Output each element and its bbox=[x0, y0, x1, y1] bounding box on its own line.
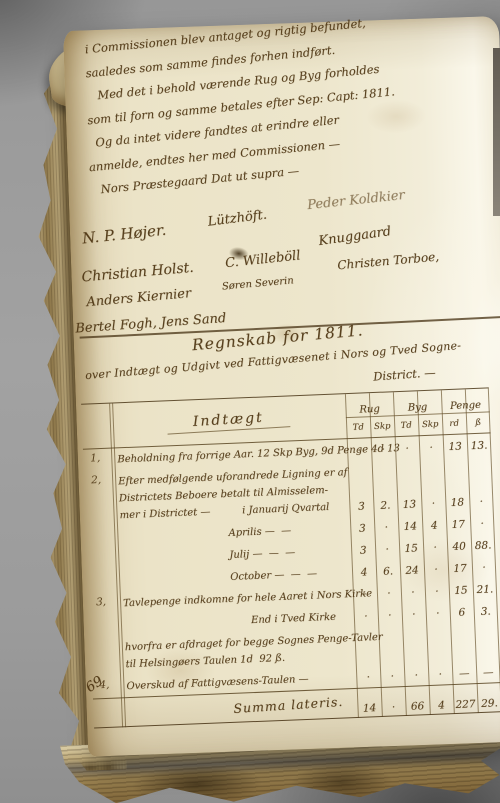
ledger-page: i Commissionen blev antaget og rigtig be… bbox=[63, 16, 500, 757]
signature: Christen Torboe, bbox=[337, 249, 440, 272]
value-rug-td: 3 bbox=[350, 521, 375, 537]
value-penge-ss: 21. bbox=[473, 582, 498, 598]
row-number bbox=[90, 617, 118, 618]
row-number bbox=[91, 639, 119, 640]
value-rug-td: · bbox=[353, 587, 378, 603]
value-byg-td: 14 bbox=[398, 519, 423, 535]
column-sub-label: Skp bbox=[418, 419, 442, 430]
value-rug-td: 3 bbox=[351, 543, 376, 559]
value-rug-skp: 6. bbox=[376, 564, 401, 580]
value-byg-skp: · bbox=[428, 667, 453, 683]
column-sub-label: Td bbox=[394, 420, 418, 431]
signature: Knuggaard bbox=[318, 224, 393, 249]
signature: Lützhöft. bbox=[207, 208, 268, 230]
ledger-table: Indtægt Rug Byg Penge Td Skp Td Skp rd ß… bbox=[81, 387, 500, 728]
value-penge-rd: 17 bbox=[446, 517, 471, 533]
value-byg-td: 15 bbox=[399, 541, 424, 557]
value-penge-ss: 3. bbox=[473, 604, 498, 620]
signature: Christian Holst. bbox=[81, 260, 194, 286]
sum-byg-skp: 4 bbox=[429, 698, 454, 714]
column-sub-label: ß bbox=[466, 417, 490, 428]
value-rug-td: · bbox=[356, 670, 381, 686]
signature: C. Willeböll bbox=[224, 248, 301, 271]
value-byg-td: · bbox=[402, 607, 427, 623]
value-byg-skp: · bbox=[423, 540, 448, 556]
value-rug-td bbox=[356, 663, 380, 664]
value-rug-td: 3 bbox=[349, 499, 374, 515]
row-number: 3, bbox=[89, 595, 117, 608]
row-number: 2, bbox=[84, 474, 112, 487]
column-sub-label: rd bbox=[442, 418, 466, 429]
value-byg-skp: 4 bbox=[422, 518, 447, 534]
signature: Søren Severin bbox=[222, 275, 295, 292]
value-penge-rd: 6 bbox=[450, 605, 475, 621]
adjacent-page-edge bbox=[493, 48, 500, 216]
sum-byg-td: 66 bbox=[405, 699, 430, 715]
value-rug-skp: · bbox=[378, 608, 403, 624]
value-byg-skp: · bbox=[421, 496, 446, 512]
value-byg-td: · bbox=[404, 668, 429, 684]
photo-background: i Commissionen blev antaget og rigtig be… bbox=[0, 0, 500, 803]
section-label: Indtægt bbox=[166, 408, 290, 434]
value-rug-td: 4 bbox=[352, 565, 377, 581]
value-rug-skp: · bbox=[375, 542, 400, 558]
sum-penge-ss: 29. bbox=[477, 696, 500, 712]
value-byg-td bbox=[404, 661, 428, 662]
value-penge-rd: 13 bbox=[443, 439, 468, 455]
value-penge-rd: — bbox=[452, 666, 477, 682]
signature: Anders Kiernier bbox=[86, 286, 192, 310]
value-penge-ss: · bbox=[470, 516, 495, 532]
sum-penge-rd: 227 bbox=[453, 697, 478, 713]
value-penge-ss: — bbox=[476, 665, 500, 681]
value-penge-rd: 15 bbox=[449, 583, 474, 599]
value-byg-skp: · bbox=[425, 584, 450, 600]
value-byg-td: 13 bbox=[397, 497, 422, 513]
value-byg-skp bbox=[428, 660, 452, 661]
value-penge-ss: · bbox=[472, 560, 497, 576]
value-rug-td: · bbox=[347, 443, 372, 459]
value-rug-td: · bbox=[354, 609, 379, 625]
column-sub-label: Td bbox=[346, 422, 370, 433]
value-penge-rd: 18 bbox=[445, 495, 470, 511]
row-number bbox=[88, 574, 116, 575]
value-penge-ss bbox=[476, 658, 500, 659]
value-rug-skp: · bbox=[377, 586, 402, 602]
column-sub-label: Skp bbox=[370, 421, 394, 432]
value-rug-skp: · bbox=[371, 442, 396, 458]
page-subtitle-2: District. — bbox=[373, 365, 436, 383]
value-byg-skp: · bbox=[426, 606, 451, 622]
value-rug-skp: 2. bbox=[373, 498, 398, 514]
protocol-notes: i Commissionen blev antaget og rigtig be… bbox=[85, 24, 492, 202]
value-byg-td: · bbox=[395, 441, 420, 457]
value-rug-skp: · bbox=[380, 669, 405, 685]
entry-description: Efter medfølgende uforandrede Ligning er… bbox=[112, 464, 350, 524]
value-rug-skp: · bbox=[374, 520, 399, 536]
value-byg-skp: · bbox=[419, 440, 444, 456]
row-number bbox=[93, 698, 121, 699]
sum-rug-td: 14 bbox=[357, 701, 382, 717]
signature: N. P. Højer. bbox=[81, 221, 167, 248]
ledger-book: i Commissionen blev antaget og rigtig be… bbox=[23, 8, 500, 796]
value-rug-skp bbox=[380, 662, 404, 663]
summa-label: Summa lateris. bbox=[121, 691, 358, 724]
value-penge-rd: 17 bbox=[448, 561, 473, 577]
value-byg-td: · bbox=[401, 585, 426, 601]
value-penge-ss: 13. bbox=[467, 438, 492, 454]
value-byg-skp: · bbox=[424, 562, 449, 578]
sum-rug-skp: · bbox=[381, 700, 406, 716]
row-number: 1, bbox=[83, 452, 111, 465]
value-penge-rd bbox=[452, 659, 476, 660]
value-penge-ss: · bbox=[469, 494, 494, 510]
row-number bbox=[87, 552, 115, 553]
value-penge-ss: 88. bbox=[471, 538, 496, 554]
column-group-rug: Rug bbox=[345, 403, 393, 418]
row-number bbox=[86, 530, 114, 531]
value-penge-rd: 40 bbox=[447, 539, 472, 555]
column-group-penge: Penge bbox=[441, 399, 489, 414]
value-byg-td: 24 bbox=[400, 563, 425, 579]
column-group-byg: Byg bbox=[393, 401, 441, 416]
